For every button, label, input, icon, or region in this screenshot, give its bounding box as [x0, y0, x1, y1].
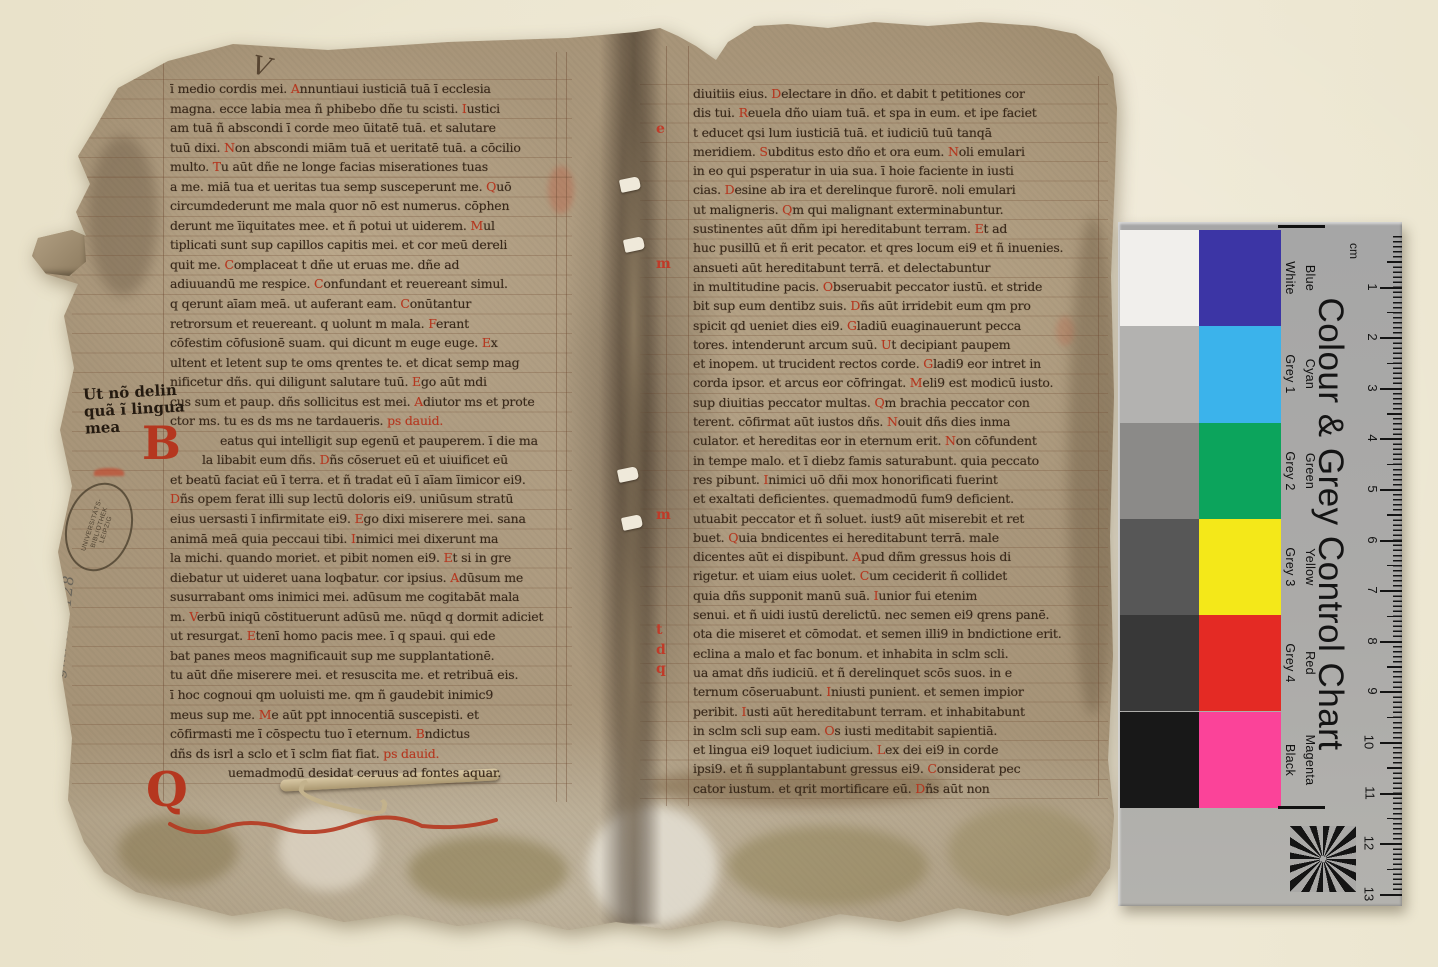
manuscript-text-line: multo. Tu aūt dñe ne longe facias misera… [170, 157, 564, 177]
label-rule-bottom [1278, 806, 1325, 809]
manuscript-text-line: in multitudine pacis. Obseruabit peccato… [693, 277, 1105, 296]
red-pen-mark [94, 468, 124, 476]
manuscript-text-line: sustinentes aūt dñm ipi hereditabunt ter… [693, 219, 1105, 238]
manuscript-text-line: a me. miā tua et ueritas tua semp suscep… [170, 177, 564, 197]
manuscript-text-line: peribit. Iusti aūt hereditabunt terram. … [693, 702, 1105, 721]
ruler-unit-label: cm [1347, 243, 1361, 259]
manuscript-text-line: circumdederunt me mala quor nō est numer… [170, 196, 564, 216]
ruler-cm-tick [1380, 388, 1402, 390]
manuscript-text-line: la libabit eum dñs. Dñs cōseruet eū et u… [170, 450, 564, 470]
initial-q-tail-flourish [168, 808, 498, 834]
colour-swatch-magenta [1199, 712, 1281, 808]
margin-note: Ut nõ delin quã ĩ lingua mea [83, 381, 186, 437]
manuscript-text-line: ternum cōseruabunt. Iniusti punient. et … [693, 682, 1105, 701]
colour-swatch-green [1199, 423, 1281, 519]
ruler-half-cm-tick [1387, 514, 1402, 516]
siemens-star-icon [1290, 826, 1356, 892]
manuscript-text-line: corda ipsor. et arcus eor cōfringat. Mel… [693, 373, 1105, 392]
ruler-number: 1 [1365, 283, 1380, 290]
stain [728, 826, 928, 906]
manuscript-text-line: la michi. quando moriet. et pibit nomen … [170, 548, 564, 568]
manuscript-text-line: rigetur. et uiam eius uolet. Cum cecider… [693, 566, 1105, 585]
manuscript-text-line: utuabit peccator et ñ soluet. iust9 aūt … [693, 509, 1105, 528]
library-stamp-text: UNIVERSITÄTS- BIBLIOTHEK LEIPZIG [80, 498, 118, 557]
ruler-cm-tick [1380, 590, 1402, 592]
manuscript-text-line: eclina a malo et fac bonum. et inhabita … [693, 644, 1105, 663]
ruler-number: 11 [1362, 786, 1377, 800]
manuscript-text-line: q qerunt aīam meā. ut auferant eam. Conū… [170, 294, 564, 314]
manuscript-text-line: ī medio cordis mei. Annuntiaui iusticiā … [170, 79, 564, 99]
manuscript-text-line: m. Verbū iniqū cōstituerunt adūsū me. nū… [170, 607, 564, 627]
ruler-number: 13 [1361, 887, 1376, 901]
ruling-vertical [666, 46, 667, 806]
ruling-vertical [566, 52, 567, 802]
manuscript-text-line: sup diuitias peccator multas. Qm brachia… [693, 393, 1105, 412]
manuscript-text-line: eius uersasti ī infirmitate ei9. Ego dix… [170, 509, 564, 529]
colour-swatch-yellow [1199, 519, 1281, 615]
manuscript-text-line: animā meā quia peccaui tibi. Inimici mei… [170, 529, 564, 549]
grey-swatch-label: Grey 3 [1283, 547, 1297, 586]
ruler-half-cm-tick [1387, 464, 1402, 466]
manuscript-text-line: res pibunt. Inimici uō dñi mox honorific… [693, 470, 1105, 489]
manuscript-text-line: dicentes aūt ei dispibunt. Apud dñm gres… [693, 547, 1105, 566]
manuscript-text-line: ultent et letent sup te oms qrentes te. … [170, 353, 564, 373]
manuscript-text-line: ipsi9. et ñ supplantabunt gressus ei9. C… [693, 759, 1105, 778]
colour-swatch-red [1199, 615, 1281, 711]
label-rule-top [1278, 225, 1325, 228]
manuscript-text-line: in tempe malo. et ī diebz famis saturabu… [693, 451, 1105, 470]
stain [408, 836, 568, 906]
manuscript-text-line: derunt me īiquitates mee. et ñ potui ut … [170, 216, 564, 236]
manuscript-text-line: meridiem. Subditus esto dño et ora eum. … [693, 142, 1105, 161]
grey-swatch-label: White [1283, 261, 1297, 294]
manuscript-text-line: Dñs opem ferat illi sup lectū doloris ei… [170, 489, 564, 509]
manuscript-text-line: bit sup eum dentibz suis. Dñs aūt irride… [693, 296, 1105, 315]
stain [948, 806, 1098, 896]
ruler-half-cm-tick [1387, 666, 1402, 668]
manuscript-text-line: retrorsum et reuereant. q uolunt m mala.… [170, 314, 564, 334]
ruler-half-cm-tick [1387, 616, 1402, 618]
manuscript-text-line: eatus qui intelligit sup egenū et pauper… [170, 431, 564, 451]
margin-guide-letter: d [656, 642, 666, 658]
manuscript-text-line: tiplicati sunt sup capillos capitis mei.… [170, 235, 564, 255]
manuscript-text-line: ut resurgat. Etenī homo pacis mee. ī q s… [170, 626, 564, 646]
ruler-cm-tick [1380, 337, 1402, 339]
manuscript-text-line: dis tui. Reuela dño uiam tuā. et spa in … [693, 103, 1105, 122]
ruler-half-cm-tick [1387, 312, 1402, 314]
grey-swatch-grey-2 [1120, 423, 1199, 519]
manuscript-text-line: t educet qsi lum iusticiā tuā. et iudici… [693, 123, 1105, 142]
manuscript-text-line: meus sup me. Me aūt ppt innocentiā susce… [170, 705, 564, 725]
manuscript-text-line: susurrabant oms inimici mei. adūsum me c… [170, 587, 564, 607]
ruler-half-cm-tick [1387, 261, 1402, 263]
parchment: V ī medio cordis mei. Annuntiaui iustici… [28, 16, 1120, 936]
ruler-cm-tick [1380, 287, 1402, 289]
manuscript-text-line: cator iustum. et qrit mortificare eū. Dñ… [693, 779, 1105, 798]
left-page-text: ī medio cordis mei. Annuntiaui iusticiā … [170, 79, 564, 783]
ruler-number: 4 [1365, 435, 1380, 442]
grey-swatch-grey-3 [1120, 519, 1199, 615]
ruler-half-cm-tick [1387, 818, 1402, 820]
margin-guide-letter: e [656, 121, 665, 137]
ruler-half-cm-tick [1387, 767, 1402, 769]
manuscript-text-line: tores. intenderunt arcum suū. Ut decipia… [693, 335, 1105, 354]
manuscript-text-line: dñs ds isrl a sclo et ī sclm fiat fiat. … [170, 744, 564, 764]
manuscript-text-line: terent. cōfirmat aūt iustos dñs. Nouit d… [693, 412, 1105, 431]
margin-guide-letter: m [656, 507, 671, 523]
grey-swatch-label: Grey 4 [1283, 644, 1297, 683]
ruler-half-cm-tick [1387, 363, 1402, 365]
manuscript-text-line: cōfestim cōfusionē suam. qui dicunt m eu… [170, 333, 564, 353]
manuscript-text-line: quit me. Complaceat t dñe ut eruas me. d… [170, 255, 564, 275]
grey-swatch-grey-4 [1120, 615, 1199, 711]
manuscript-text-line: ī hoc cognoui qm uoluisti me. qm ñ gaude… [170, 685, 564, 705]
manuscript-text-line: spicit qd ueniet dies ei9. Gladiū euagin… [693, 316, 1105, 335]
margin-guide-letter: t [656, 622, 662, 638]
ruler-cm-tick [1380, 894, 1402, 896]
ruler-number: 6 [1365, 536, 1380, 543]
ruler-cm-tick [1380, 843, 1402, 845]
manuscript-text-line: et exaltati deficientes. quemadmodū fum9… [693, 489, 1105, 508]
grey-swatch-label: Black [1283, 743, 1297, 775]
ruler-half-cm-tick [1387, 565, 1402, 567]
ruler-number: 3 [1365, 384, 1380, 391]
right-page-text: diuitiis eius. Delectare in dño. et dabi… [693, 84, 1105, 798]
ruler-half-cm-tick [1387, 869, 1402, 871]
grey-swatch-black [1120, 712, 1199, 808]
shelfmark-pencil: Fragm. lat. 128 [46, 574, 78, 708]
edge-flap [30, 228, 86, 276]
colour-swatch-cyan [1199, 326, 1281, 422]
manuscript-text-line: et beatū faciat eū ī terra. et ñ tradat … [170, 470, 564, 490]
ruler-cm-tick [1380, 641, 1402, 643]
cm-ruler: cm 12345678910111213 [1338, 222, 1402, 906]
grey-swatch-grey-1 [1120, 326, 1199, 422]
manuscript-text-line: in sclm scli sup eam. Os iusti meditabit… [693, 721, 1105, 740]
manuscript-text-line: ua amat dñs iudiciū. et ñ derelinquet sc… [693, 663, 1105, 682]
manuscript-text-line: cōfirmasti me ī cōspectu tuo ī eternum. … [170, 724, 564, 744]
manuscript-text-line: in eo qui psperatur in uia sua. ī hoie f… [693, 161, 1105, 180]
manuscript-text-line: et inopem. ut trucident rectos corde. Gl… [693, 354, 1105, 373]
ruler-cm-tick [1380, 489, 1402, 491]
ruler-number: 10 [1361, 735, 1376, 749]
grey-swatch-label: Grey 1 [1283, 355, 1297, 394]
colour-swatch-label: Blue [1303, 265, 1317, 291]
ruler-number: 12 [1361, 836, 1376, 850]
ruler-number: 8 [1365, 637, 1380, 644]
manuscript-text-line: huc pusillū et ñ erit pecator. et qres l… [693, 238, 1105, 257]
colour-swatch-blue [1199, 230, 1281, 326]
manuscript-text-line: bat panes meos magnificauit sup me suppl… [170, 646, 564, 666]
manuscript-text-line: quia dñs supponit manū suā. Iunior fui e… [693, 586, 1105, 605]
manuscript-text-line: et lingua ei9 loquet iudicium. Lex dei e… [693, 740, 1105, 759]
manuscript-text-line: ctor ms. tu es ds ms ne tardaueris. ps d… [170, 411, 564, 431]
manuscript-text-line: senui. et ñ uidi iustū derelictū. nec se… [693, 605, 1105, 624]
ruler-number: 2 [1365, 334, 1380, 341]
ruler-number: 5 [1365, 485, 1380, 492]
manuscript-text-line: cus sum et paup. dñs sollicitus est mei.… [170, 392, 564, 412]
manuscript-text-line: magna. ecce labia mea ñ phibebo dñe tu s… [170, 99, 564, 119]
ruler-number: 7 [1365, 587, 1380, 594]
margin-guide-letter: m [656, 256, 671, 272]
ruler-cm-tick [1380, 691, 1402, 693]
ruler-cm-tick [1380, 438, 1402, 440]
manuscript-bifolium: V ī medio cordis mei. Annuntiaui iustici… [28, 16, 1120, 936]
manuscript-text-line: ota die miseret et cōmodat. et semen ill… [693, 624, 1105, 643]
ruler-number: 9 [1365, 688, 1380, 695]
ruler-cm-tick [1380, 793, 1402, 795]
manuscript-text-line: cias. Desine ab ira et derelinque furorē… [693, 180, 1105, 199]
manuscript-text-line: culator. et hereditas eor in eternum eri… [693, 431, 1105, 450]
ruler-half-cm-tick [1387, 717, 1402, 719]
manuscript-text-line: diuitiis eius. Delectare in dño. et dabi… [693, 84, 1105, 103]
folio-number-pencil: 1 [1127, 67, 1140, 87]
manuscript-text-line: tu aūt dñe miserere mei. et resuscita me… [170, 665, 564, 685]
grey-swatch-label: Grey 2 [1283, 451, 1297, 490]
manuscript-text-line: am tuā ñ abscondi ī corde meo ūitatē tuā… [170, 118, 564, 138]
ruler-cm-tick [1380, 742, 1402, 744]
colour-control-chart: WhiteBlueGrey 1CyanGrey 2GreenGrey 3Yell… [1118, 222, 1402, 906]
manuscript-text-line: nificetur dñs. qui diligunt salutare tuū… [170, 372, 564, 392]
ruling-vertical [688, 46, 689, 806]
grey-swatch-white [1120, 230, 1199, 326]
manuscript-text-line: uemadmodū desidat ceruus ad fontes aquar… [170, 763, 564, 783]
manuscript-text-line: ut maligneris. Qm qui malignant extermin… [693, 200, 1105, 219]
ruler-half-cm-tick [1387, 413, 1402, 415]
manuscript-text-line: diebatur ut uideret uana loqbatur. cor i… [170, 568, 564, 588]
margin-guide-letter: q [656, 661, 666, 677]
stain [88, 136, 158, 296]
ruler-cm-tick [1380, 540, 1402, 542]
manuscript-text-line: adiuuandū me respice. Confundant et reue… [170, 274, 564, 294]
manuscript-text-line: ansueti aūt hereditabunt terrā. et delec… [693, 258, 1105, 277]
manuscript-text-line: tuū dixi. Non abscondi miām tuā et uerit… [170, 138, 564, 158]
library-stamp: UNIVERSITÄTS- BIBLIOTHEK LEIPZIG [55, 475, 143, 580]
manuscript-text-line: buet. Quia bndicentes ei hereditabunt te… [693, 528, 1105, 547]
